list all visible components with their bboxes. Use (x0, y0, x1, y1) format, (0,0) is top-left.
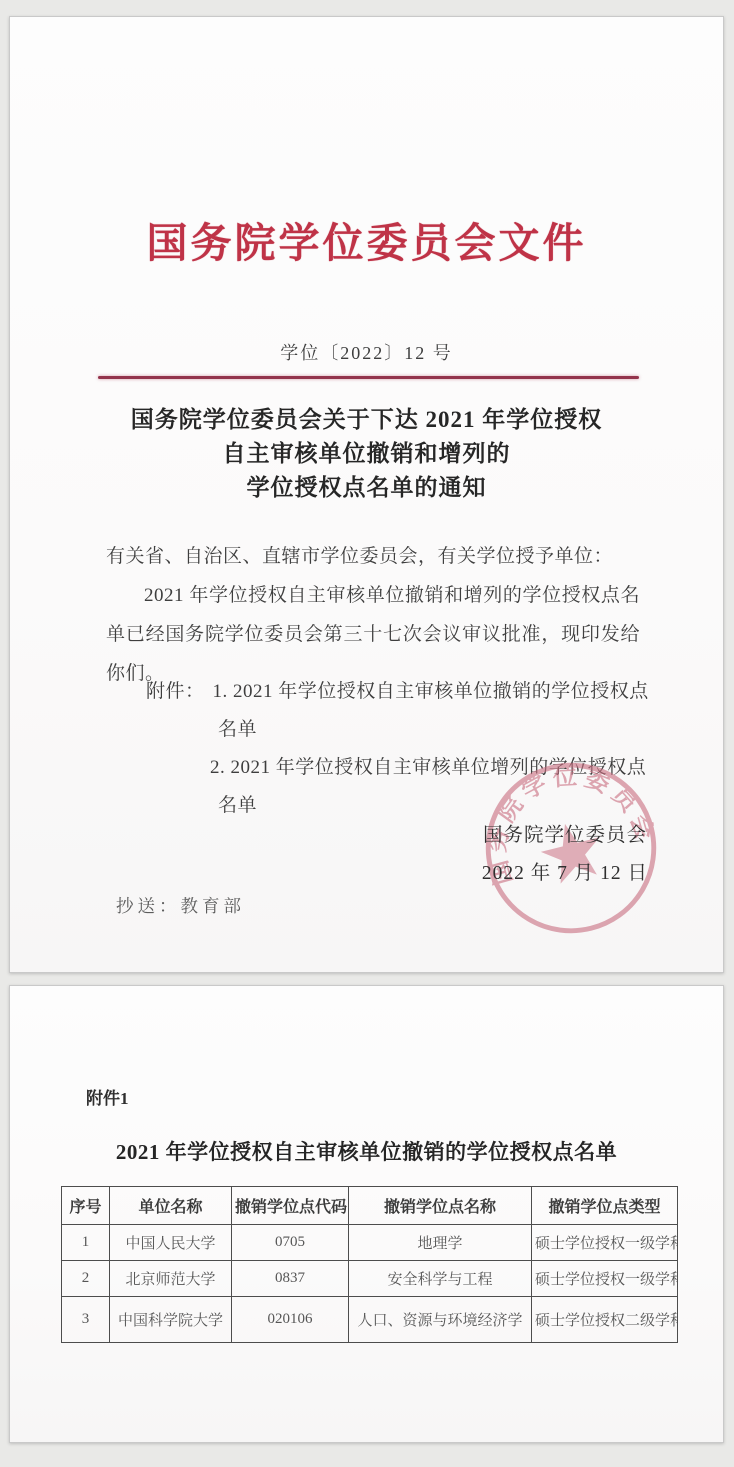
cell-point-code: 0705 (232, 1225, 349, 1261)
red-divider-rule (98, 376, 639, 379)
signer-name: 国务院学位委员会 (455, 817, 675, 855)
header-point-type: 撤销学位点类型 (532, 1187, 678, 1225)
cc-line: 抄送：教育部 (116, 893, 245, 918)
attachment-list-line-1: 附件：1. 2021 年学位授权自主审核单位撤销的学位授权点 (146, 676, 649, 703)
signature-block: 国务院学位委员会 2022 年 7 月 12 日 (455, 817, 675, 893)
cell-org-name: 北京师范大学 (110, 1261, 232, 1297)
cell-point-code: 0837 (232, 1261, 349, 1297)
attachment-label: 附件： (146, 681, 205, 702)
document-title: 国务院学位委员会关于下达 2021 年学位授权 自主审核单位撤销和增列的 学位授… (10, 403, 723, 505)
header-point-code: 撤销学位点代码 (232, 1187, 349, 1225)
table-header-row: 序号 单位名称 撤销学位点代码 撤销学位点名称 撤销学位点类型 (62, 1187, 678, 1225)
document-title-line-3: 学位授权点名单的通知 (10, 471, 723, 505)
document-title-line-2: 自主审核单位撤销和增列的 (10, 437, 723, 471)
cell-point-type: 硕士学位授权一级学科 (532, 1261, 678, 1297)
salutation-line: 有关省、自治区、直辖市学位委员会，有关学位授予单位： (106, 537, 640, 576)
appendix-table-title: 2021 年学位授权自主审核单位撤销的学位授权点名单 (10, 1136, 723, 1166)
header-seq: 序号 (62, 1187, 110, 1225)
attachment-list-line-2: 名单 (218, 714, 257, 741)
table-row: 2 北京师范大学 0837 安全科学与工程 硕士学位授权一级学科 (62, 1261, 678, 1297)
table-row: 1 中国人民大学 0705 地理学 硕士学位授权一级学科 (62, 1225, 678, 1261)
appendix-label: 附件1 (86, 1084, 129, 1109)
cell-point-name: 安全科学与工程 (349, 1261, 532, 1297)
document-page-1: 国务院学位委员会文件 学位〔2022〕12 号 国务院学位委员会关于下达 202… (9, 16, 724, 973)
cell-point-type: 硕士学位授权一级学科 (532, 1225, 678, 1261)
document-number: 学位〔2022〕12 号 (10, 339, 723, 365)
cell-org-name: 中国人民大学 (110, 1225, 232, 1261)
header-org-name: 单位名称 (110, 1187, 232, 1225)
document-page-2: 附件1 2021 年学位授权自主审核单位撤销的学位授权点名单 序号 单位名称 撤… (9, 985, 724, 1443)
cell-seq: 3 (62, 1297, 110, 1343)
document-body: 有关省、自治区、直辖市学位委员会，有关学位授予单位： 2021 年学位授权自主审… (106, 537, 640, 693)
cell-point-name: 人口、资源与环境经济学 (349, 1297, 532, 1343)
signature-date: 2022 年 7 月 12 日 (455, 855, 675, 893)
cell-seq: 2 (62, 1261, 110, 1297)
document-title-line-1: 国务院学位委员会关于下达 2021 年学位授权 (10, 403, 723, 437)
header-point-name: 撤销学位点名称 (349, 1187, 532, 1225)
scanned-document-view: { "colors": { "background": "#e9e9e7", "… (0, 0, 734, 1467)
cell-org-name: 中国科学院大学 (110, 1297, 232, 1343)
cell-seq: 1 (62, 1225, 110, 1261)
attachment-list-line-4: 名单 (218, 790, 257, 817)
attachment-item-1: 1. 2021 年学位授权自主审核单位撤销的学位授权点 (213, 681, 649, 702)
letterhead-title: 国务院学位委员会文件 (10, 210, 723, 269)
table-row: 3 中国科学院大学 020106 人口、资源与环境经济学 硕士学位授权二级学科 (62, 1297, 678, 1343)
cell-point-name: 地理学 (349, 1225, 532, 1261)
revoked-degree-points-table: 序号 单位名称 撤销学位点代码 撤销学位点名称 撤销学位点类型 1 中国人民大学… (61, 1186, 678, 1343)
cell-point-code: 020106 (232, 1297, 349, 1343)
cell-point-type: 硕士学位授权二级学科 (532, 1297, 678, 1343)
